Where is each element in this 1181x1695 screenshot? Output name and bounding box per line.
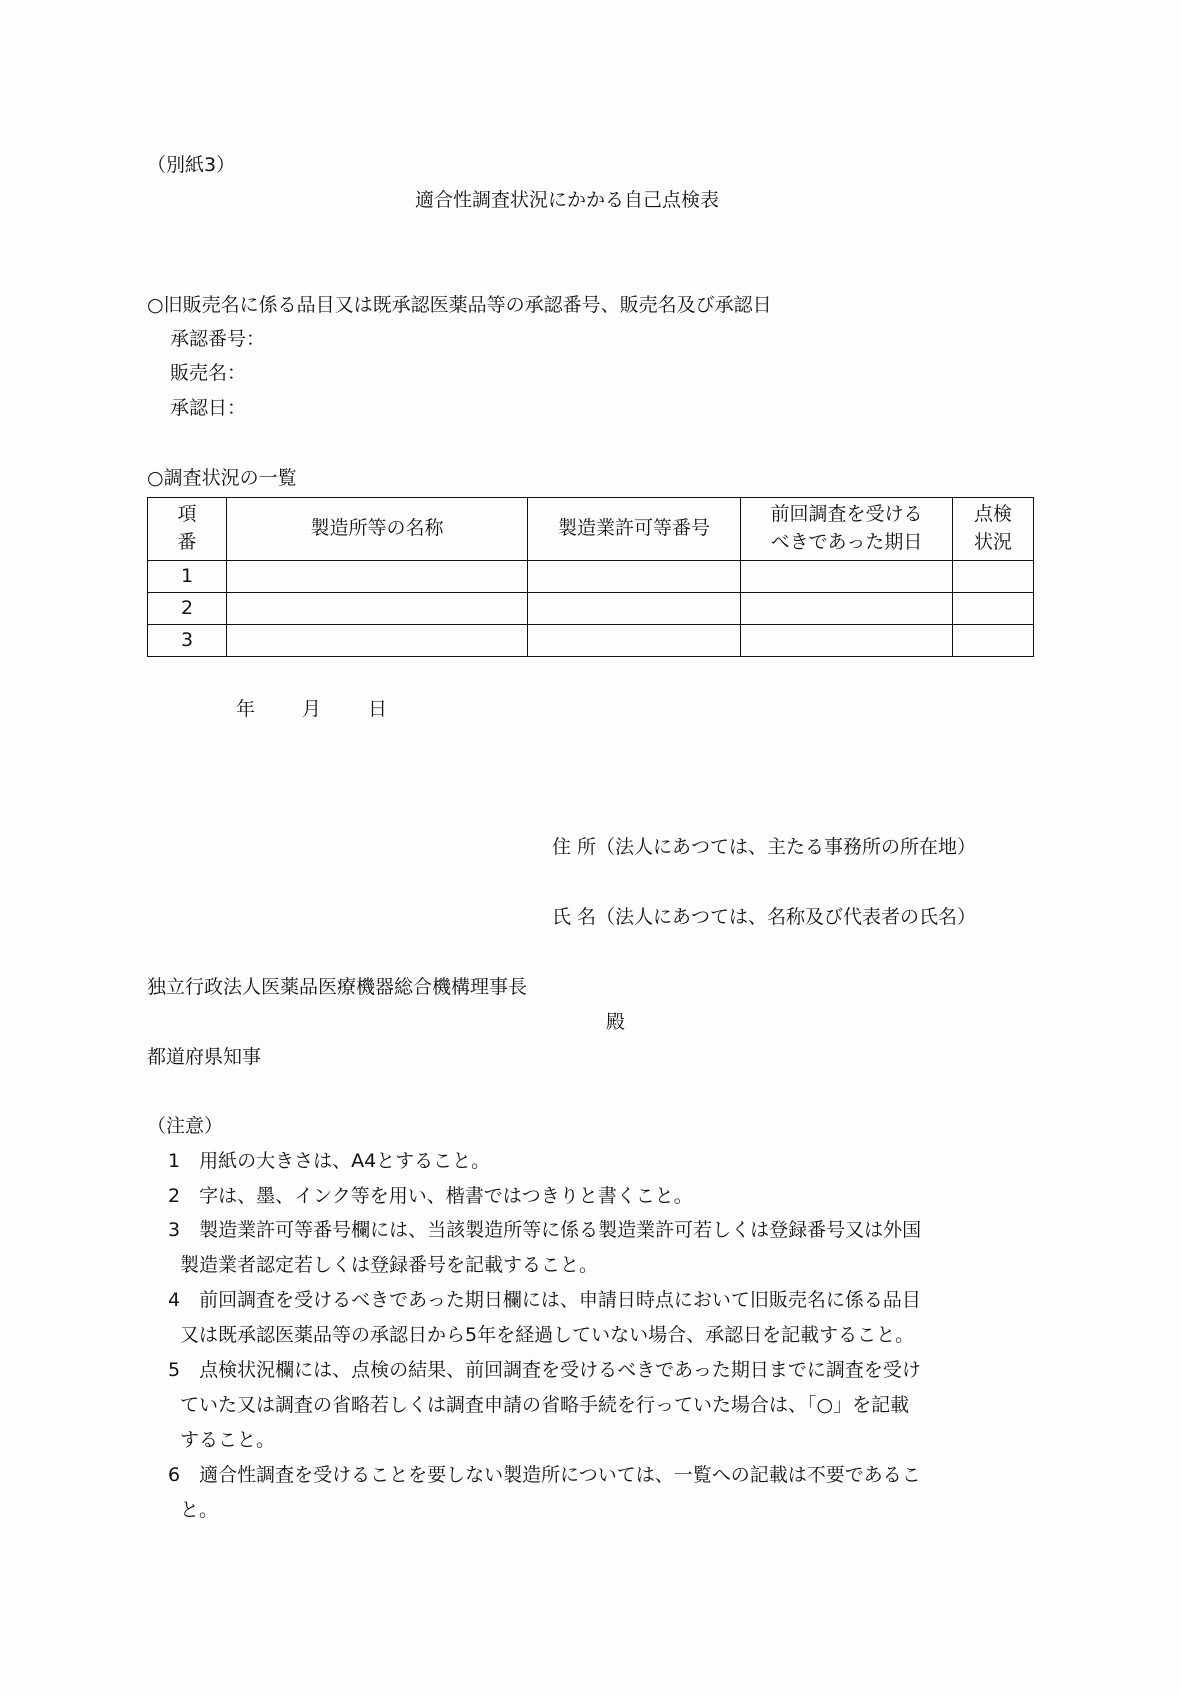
note-line: 3 製造業許可等番号欄には、当該製造所等に係る製造業許可若しくは登録番号又は外国	[168, 1221, 921, 1240]
due-date-cell[interactable]	[741, 593, 953, 625]
facility-name-cell[interactable]	[227, 625, 528, 657]
date-day-label: 日	[368, 700, 387, 719]
addressee-governor: 都道府県知事	[147, 1048, 261, 1067]
column-header-item-no: 項番	[148, 498, 227, 561]
approval-date-label: 承認日：	[170, 397, 246, 419]
note-line: 2 字は、墨、インク等を用い、楷書ではつきりと書くこと。	[168, 1187, 693, 1206]
survey-status-table: 項番 製造所等の名称 製造業許可等番号 前回調査を受けるべきであった期日 点検状…	[147, 497, 1034, 657]
date-month-label: 月	[302, 700, 321, 719]
applicant-name-label: 氏 名（法人にあつては、名称及び代表者の氏名）	[552, 908, 976, 927]
note-line: 4 前回調査を受けるべきであった期日欄には、申請日時点において旧販売名に係る品目	[168, 1291, 921, 1310]
note-line: すること。	[180, 1431, 275, 1450]
product-section-heading: ○旧販売名に係る品目又は既承認医薬品等の承認番号、販売名及び承認日	[147, 296, 772, 315]
table-row: 1	[148, 561, 1034, 593]
row-number: 3	[148, 625, 227, 657]
note-line: 5 点検状況欄には、点検の結果、前回調査を受けるべきであった期日までに調査を受け	[168, 1361, 921, 1380]
check-status-cell[interactable]	[953, 561, 1034, 593]
due-date-cell[interactable]	[741, 625, 953, 657]
note-line: 又は既承認医薬品等の承認日から5年を経過していない場合、承認日を記載すること。	[180, 1326, 914, 1345]
facility-name-cell[interactable]	[227, 593, 528, 625]
row-number: 2	[148, 593, 227, 625]
survey-section-heading: ○調査状況の一覧	[147, 469, 297, 488]
brand-name-field[interactable]: 販売名：	[170, 364, 246, 383]
column-header-license-number: 製造業許可等番号	[528, 498, 741, 561]
approval-date-field[interactable]: 承認日：	[170, 399, 246, 418]
license-number-cell[interactable]	[528, 561, 741, 593]
addressee-pmda: 独立行政法人医薬品医療機器総合機構理事長	[147, 978, 527, 997]
license-number-cell[interactable]	[528, 593, 741, 625]
due-date-cell[interactable]	[741, 561, 953, 593]
license-number-cell[interactable]	[528, 625, 741, 657]
note-line: 1 用紙の大きさは、A4とすること。	[168, 1152, 490, 1171]
column-header-facility-name: 製造所等の名称	[227, 498, 528, 561]
note-line: と。	[180, 1501, 218, 1520]
table-row: 2	[148, 593, 1034, 625]
check-status-cell[interactable]	[953, 625, 1034, 657]
note-line: ていた又は調査の省略若しくは調査申請の省略手続を行っていた場合は、「○」を記載	[180, 1396, 909, 1415]
note-line: 製造業者認定若しくは登録番号を記載すること。	[180, 1256, 598, 1275]
addressee-honorific: 殿	[606, 1013, 625, 1032]
brand-name-label: 販売名：	[170, 362, 246, 384]
column-header-check-status: 点検状況	[953, 498, 1034, 561]
attachment-label: （別紙3）	[147, 156, 235, 175]
approval-number-label: 承認番号：	[170, 328, 265, 350]
applicant-address-label: 住 所（法人にあつては、主たる事務所の所在地）	[552, 838, 976, 857]
date-year-label: 年	[236, 700, 255, 719]
note-line: 6 適合性調査を受けることを要しない製造所については、一覧への記載は不要であるこ	[168, 1466, 921, 1485]
page-title: 適合性調査状況にかかる自己点検表	[415, 191, 719, 210]
notes-heading: （注意）	[147, 1117, 223, 1136]
row-number: 1	[148, 561, 227, 593]
column-header-due-date: 前回調査を受けるべきであった期日	[741, 498, 953, 561]
check-status-cell[interactable]	[953, 593, 1034, 625]
facility-name-cell[interactable]	[227, 561, 528, 593]
table-header-row: 項番 製造所等の名称 製造業許可等番号 前回調査を受けるべきであった期日 点検状…	[148, 498, 1034, 561]
table-row: 3	[148, 625, 1034, 657]
approval-number-field[interactable]: 承認番号：	[170, 330, 265, 349]
